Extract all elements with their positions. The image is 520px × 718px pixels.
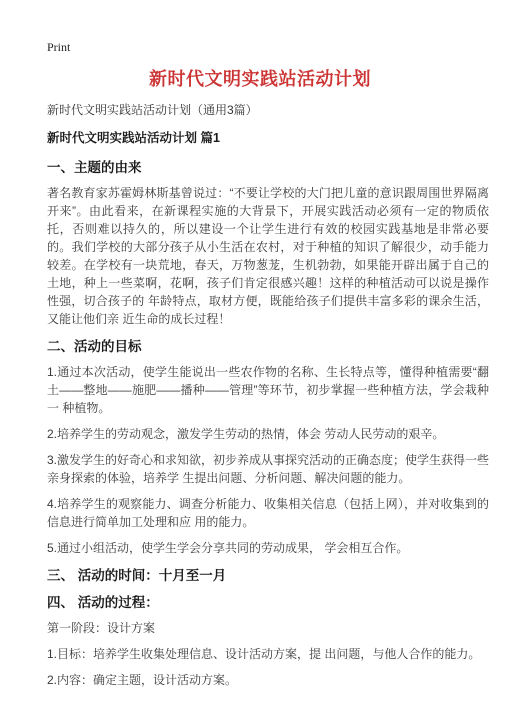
page-title: 新时代文明实践站活动计划: [47, 66, 473, 92]
process-content: 2.内容：确定主题，设计活动方案。: [47, 671, 489, 689]
process-goal: 1.目标：培养学生收集处理信息、设计活动方案，提 出问题，与他人合作的能力。: [47, 645, 489, 663]
document-page: Print 新时代文明实践站活动计划 新时代文明实践站活动计划（通用3篇） 新时…: [0, 0, 520, 718]
goal-item-1: 1.通过本次活动，使学生能说出一些农作物的名称、生长特点等，懂得种植需要“翻土—…: [47, 363, 489, 417]
print-link[interactable]: Print: [47, 40, 70, 54]
article-title: 新时代文明实践站活动计划 篇1: [47, 130, 489, 147]
section-heading-activity-time: 三、 活动的时间：十月至一月: [47, 567, 489, 584]
paragraph-theme-origin: 著名教育家苏霍姆林斯基曾说过：“不要让学校的大门把儿童的意识跟周围世界隔离开来”…: [47, 184, 489, 328]
process-stage-1: 第一阶段：设计方案: [47, 619, 489, 637]
section-heading-theme-origin: 一、主题的由来: [47, 159, 489, 176]
goal-item-5: 5.通过小组活动，使学生学会分享共同的劳动成果， 学会相互合作。: [47, 539, 489, 557]
goal-item-3: 3.激发学生的好奇心和求知欲，初步养成从事探究活动的正确态度；使学生获得一些亲身…: [47, 451, 489, 487]
section-heading-activity-goals: 二、活动的目标: [47, 338, 489, 355]
section-heading-activity-process: 四、 活动的过程：: [47, 594, 489, 611]
goal-item-4: 4.培养学生的观察能力、调查分析能力、收集相关信息（包括上网），并对收集到的信息…: [47, 495, 489, 531]
doc-subtitle: 新时代文明实践站活动计划（通用3篇）: [47, 102, 489, 119]
goal-item-2: 2.培养学生的劳动观念，激发学生劳动的热情，体会 劳动人民劳动的艰辛。: [47, 425, 489, 443]
